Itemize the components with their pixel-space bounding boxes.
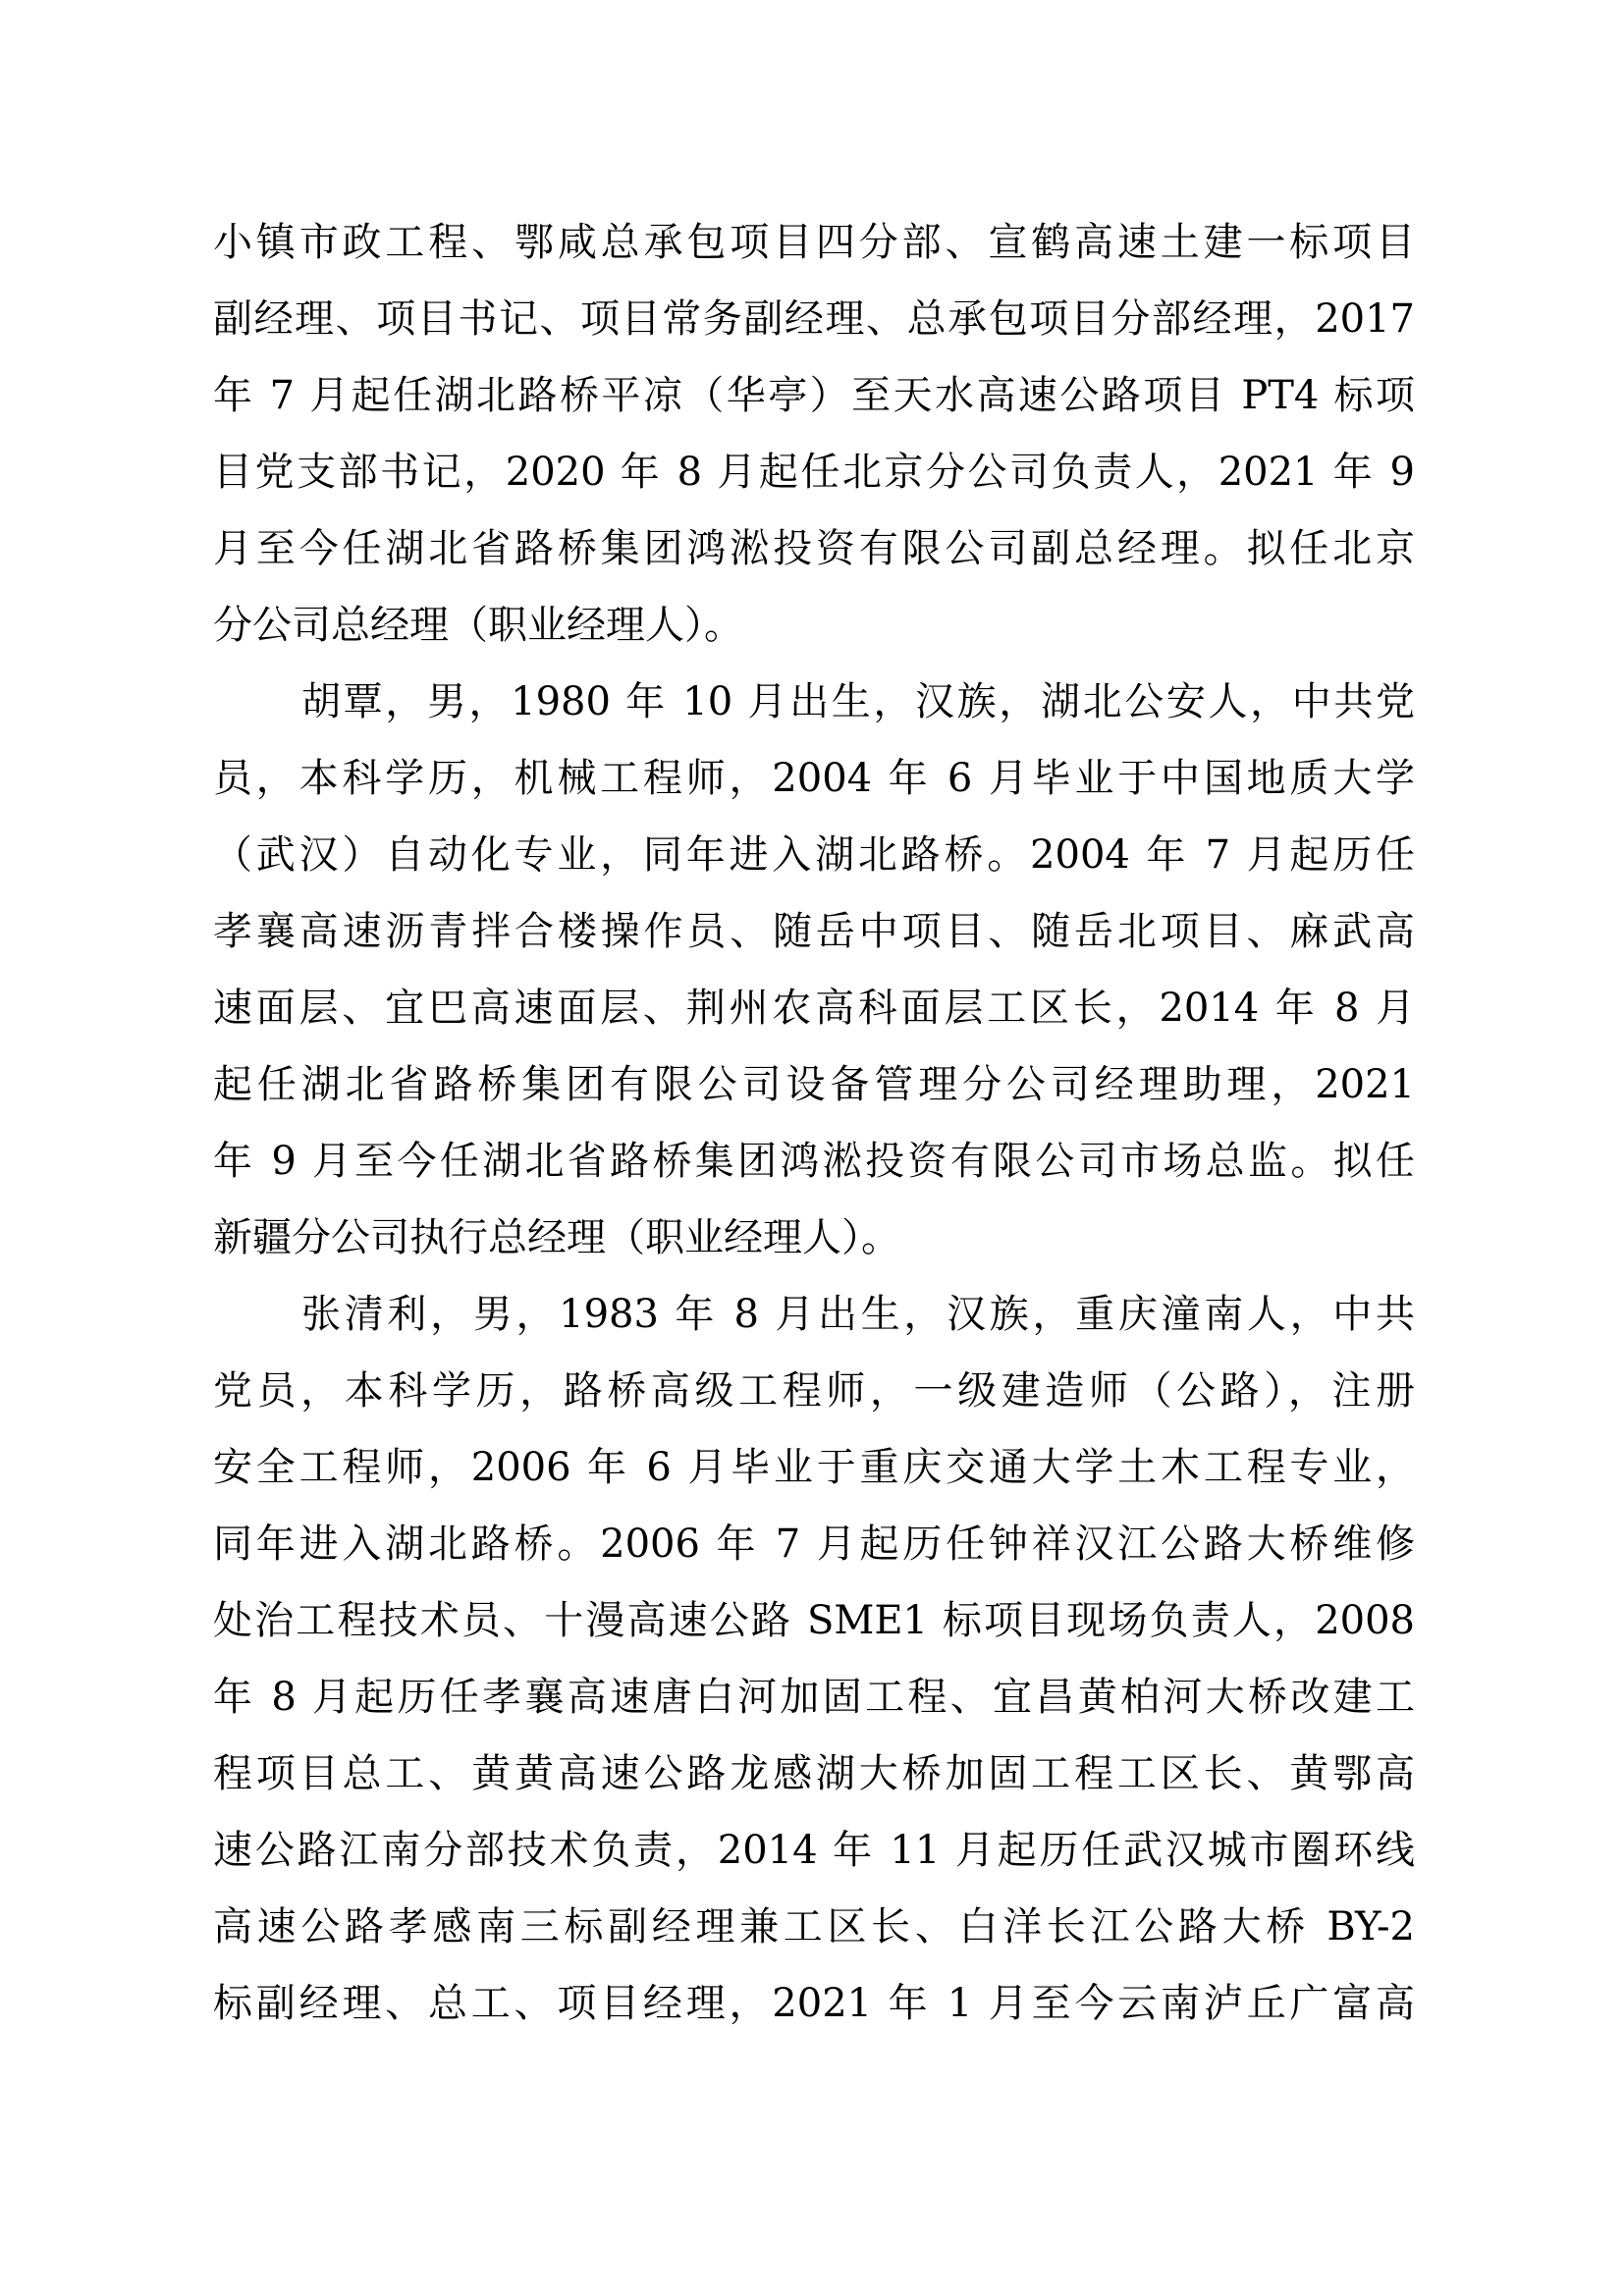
text-line: 副经理、项目书记、项目常务副经理、总承包项目分部经理，2017	[213, 281, 1415, 357]
text-line: 高速公路孝感南三标副经理兼工区长、白洋长江公路大桥 BY-2	[213, 1889, 1415, 1965]
text-line: 年 8 月起历任孝襄高速唐白河加固工程、宜昌黄柏河大桥改建工	[213, 1659, 1415, 1735]
text-line: 月至今任湖北省路桥集团鸿淞投资有限公司副总经理。拟任北京	[213, 510, 1415, 587]
text-line: 安全工程师，2006 年 6 月毕业于重庆交通大学土木工程专业，	[213, 1429, 1415, 1506]
document-page: 小镇市政工程、鄂咸总承包项目四分部、宣鹤高速土建一标项目 副经理、项目书记、项目…	[213, 204, 1415, 2042]
text-line: 程项目总工、黄黄高速公路龙感湖大桥加固工程工区长、黄鄂高	[213, 1735, 1415, 1812]
text-line: 年 9 月至今任湖北省路桥集团鸿淞投资有限公司市场总监。拟任	[213, 1123, 1415, 1200]
paragraph-1-continued: 小镇市政工程、鄂咸总承包项目四分部、宣鹤高速土建一标项目 副经理、项目书记、项目…	[213, 204, 1415, 664]
text-line: 目党支部书记，2020 年 8 月起任北京分公司负责人，2021 年 9	[213, 434, 1415, 510]
text-line: 速面层、宜巴高速面层、荆州农高科面层工区长，2014 年 8 月	[213, 970, 1415, 1046]
text-line-first: 张清利，男，1983 年 8 月出生，汉族，重庆潼南人，中共	[213, 1276, 1415, 1353]
text-line: 小镇市政工程、鄂咸总承包项目四分部、宣鹤高速土建一标项目	[213, 204, 1415, 281]
text-line: 同年进入湖北路桥。2006 年 7 月起历任钟祥汉江公路大桥维修	[213, 1506, 1415, 1582]
paragraph-zhang-qingli-bio: 张清利，男，1983 年 8 月出生，汉族，重庆潼南人，中共 党员，本科学历，路…	[213, 1276, 1415, 2042]
text-line: 起任湖北省路桥集团有限公司设备管理分公司经理助理，2021	[213, 1046, 1415, 1123]
text-line: 处治工程技术员、十漫高速公路 SME1 标项目现场负责人，2008	[213, 1582, 1415, 1659]
text-line: 年 7 月起任湖北路桥平凉（华亭）至天水高速公路项目 PT4 标项	[213, 357, 1415, 434]
text-line-first: 胡覃，男，1980 年 10 月出生，汉族，湖北公安人，中共党	[213, 664, 1415, 740]
text-line: 分公司总经理（职业经理人）。	[213, 587, 1415, 664]
text-line: （武汉）自动化专业，同年进入湖北路桥。2004 年 7 月起历任	[213, 817, 1415, 893]
text-line: 标副经理、总工、项目经理，2021 年 1 月至今云南泸丘广富高	[213, 1965, 1415, 2042]
text-line: 孝襄高速沥青拌合楼操作员、随岳中项目、随岳北项目、麻武高	[213, 893, 1415, 970]
paragraph-hu-tan-bio: 胡覃，男，1980 年 10 月出生，汉族，湖北公安人，中共党 员，本科学历，机…	[213, 664, 1415, 1276]
text-line: 党员，本科学历，路桥高级工程师，一级建造师（公路），注册	[213, 1353, 1415, 1429]
text-line: 员，本科学历，机械工程师，2004 年 6 月毕业于中国地质大学	[213, 740, 1415, 817]
text-line: 新疆分公司执行总经理（职业经理人）。	[213, 1200, 1415, 1276]
text-line: 速公路江南分部技术负责，2014 年 11 月起历任武汉城市圈环线	[213, 1812, 1415, 1889]
